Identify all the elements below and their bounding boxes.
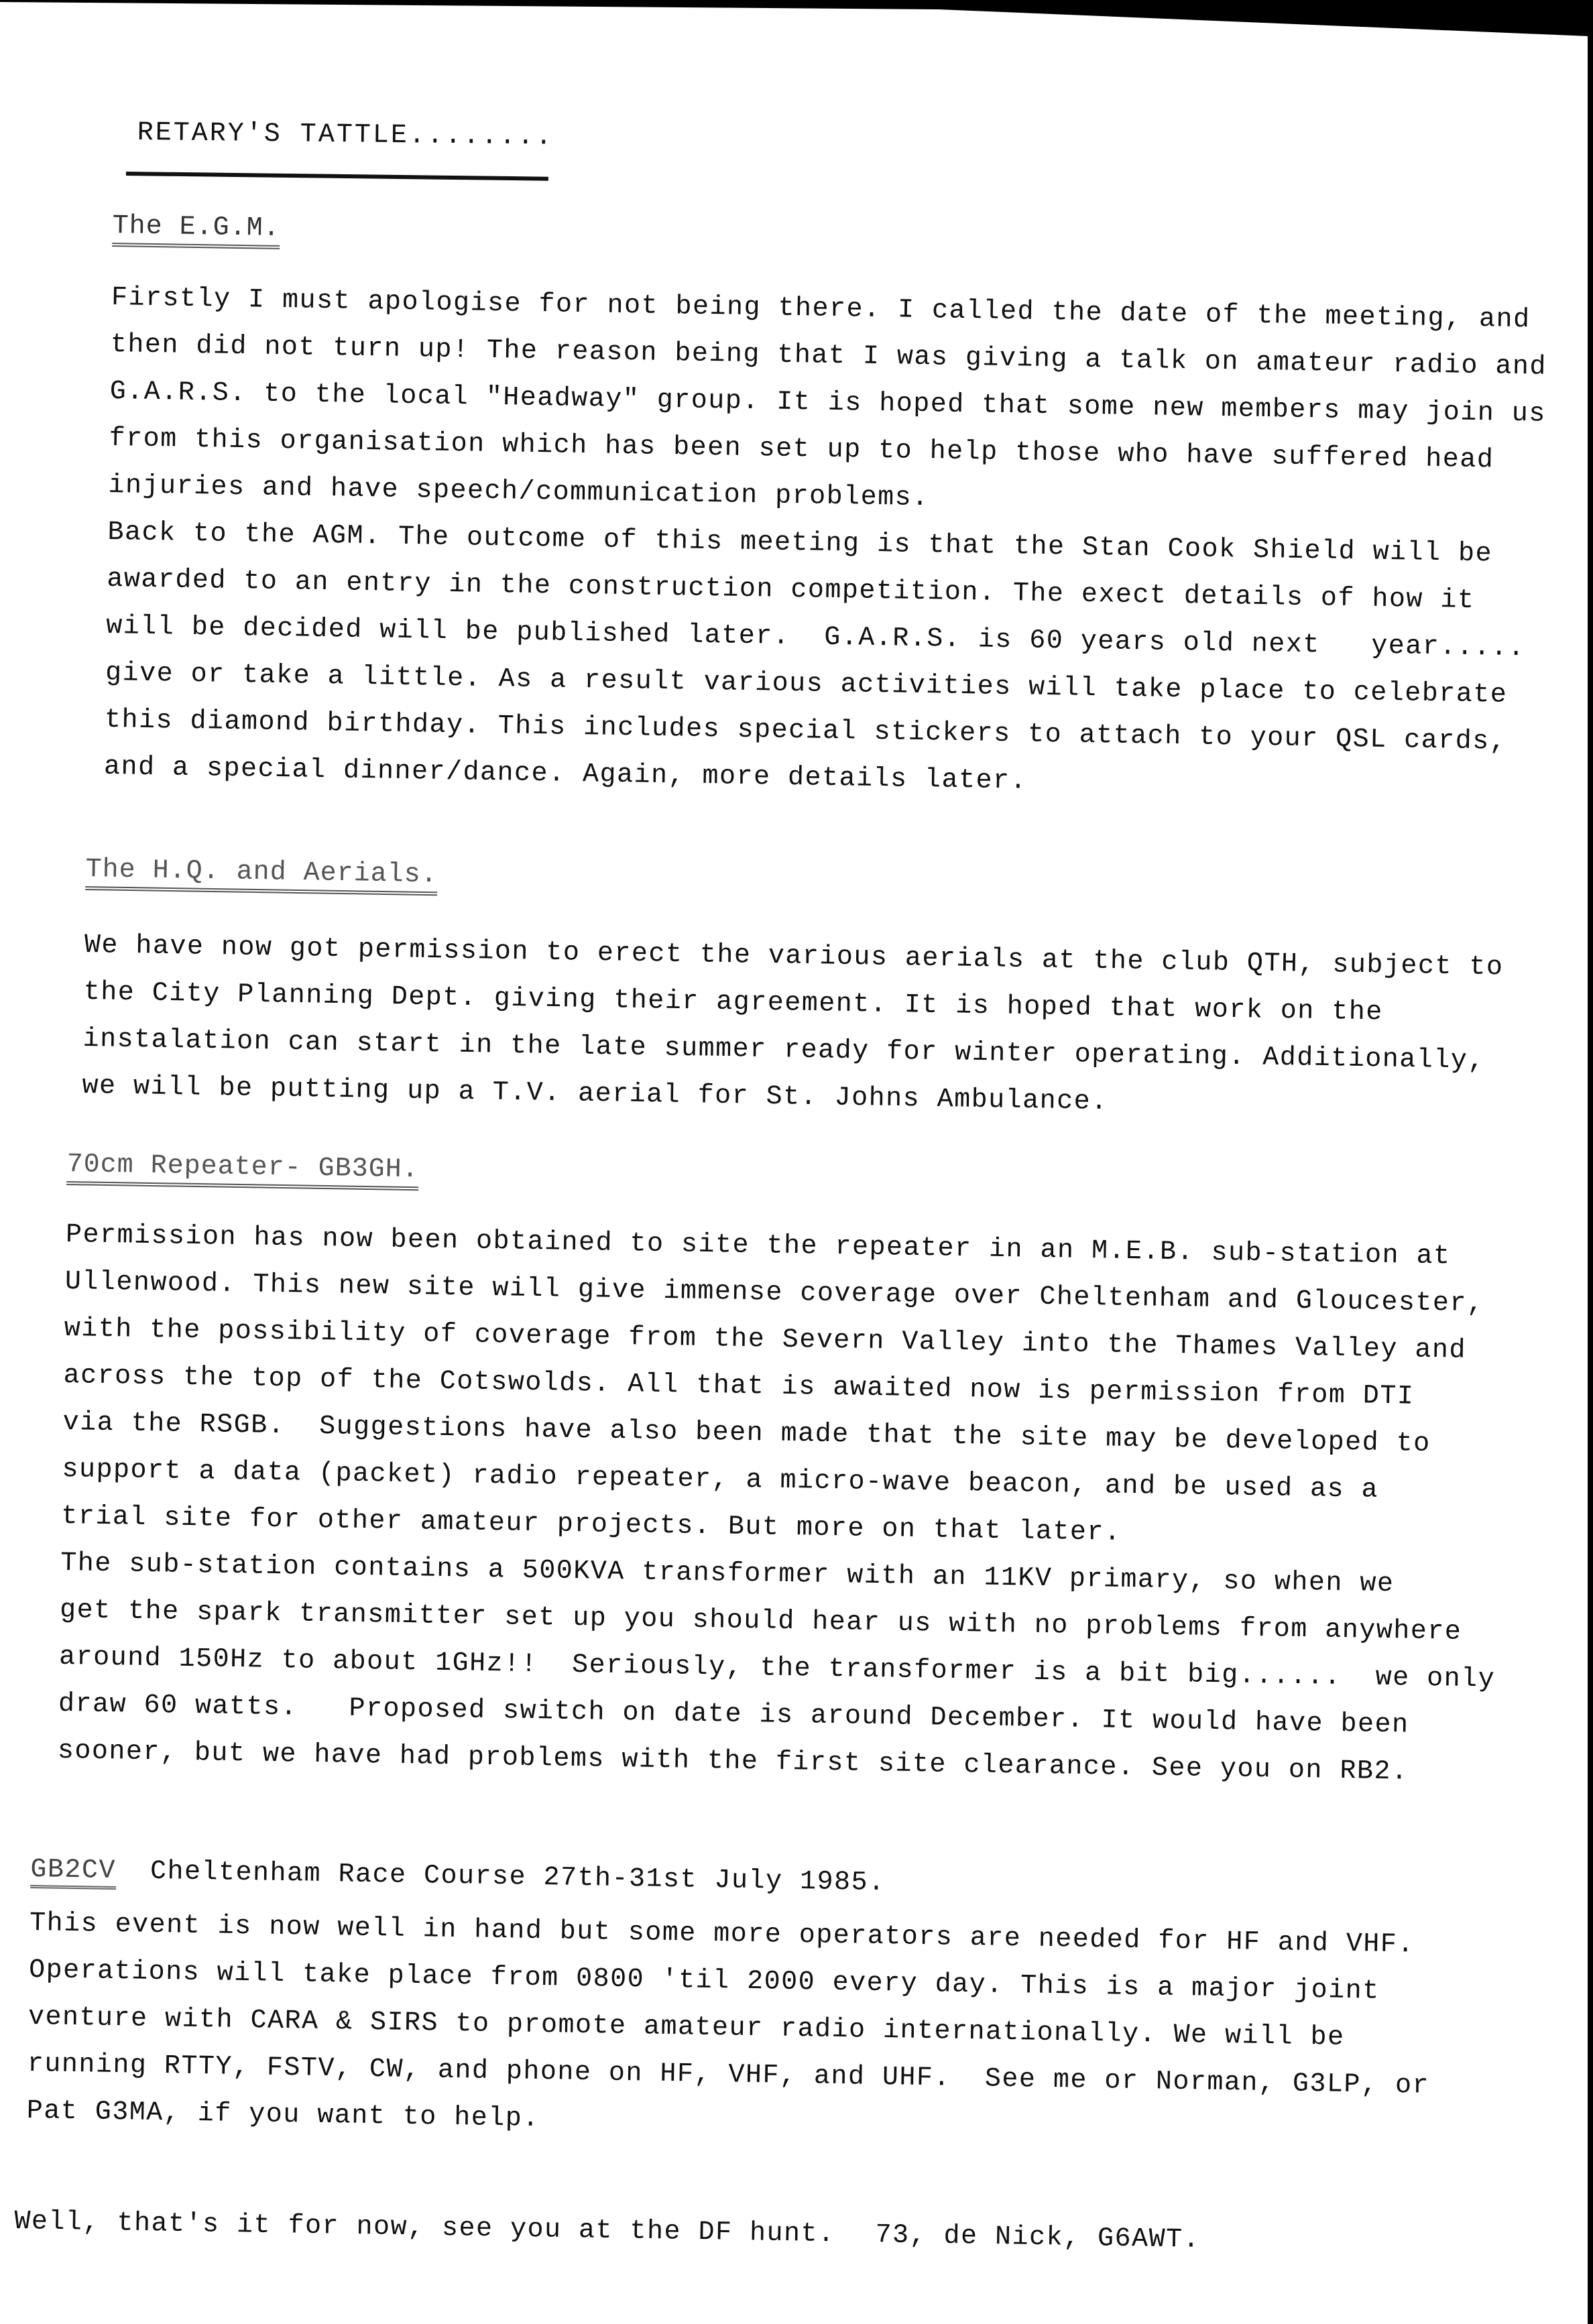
page-title: RETARY'S TATTLE........ xyxy=(137,118,554,153)
section-gb2cv: GB2CV Cheltenham Race Course 27th-31st J… xyxy=(26,1847,1433,2157)
scan-border-top xyxy=(0,0,1593,40)
section-70cm-repeater: 70cm Repeater- GB3GH. Permission has now… xyxy=(57,1150,1503,1798)
signoff: Well, that's it for now, see you at the … xyxy=(14,2199,1201,2264)
callsign-heading: GB2CV xyxy=(30,1855,116,1890)
title-underline xyxy=(126,172,548,181)
section-heading: 70cm Repeater- GB3GH. xyxy=(66,1150,419,1190)
section-hq-aerials: The H.Q. and Aerials. We have now got pe… xyxy=(82,855,1505,1132)
event-title: Cheltenham Race Course 27th-31st July 19… xyxy=(150,1857,886,1898)
section-heading: The E.G.M. xyxy=(112,211,280,249)
scan-border-right xyxy=(1588,0,1593,2324)
section-heading: The H.Q. and Aerials. xyxy=(85,855,438,896)
signoff-text: Well, that's it for now, see you at the … xyxy=(14,2207,835,2250)
signature: 73, de Nick, G6AWT. xyxy=(875,2220,1200,2256)
newsletter-page: RETARY'S TATTLE........ The E.G.M. First… xyxy=(0,0,1593,2324)
section-egm: The E.G.M. Firstly I must apologise for … xyxy=(103,211,1549,814)
